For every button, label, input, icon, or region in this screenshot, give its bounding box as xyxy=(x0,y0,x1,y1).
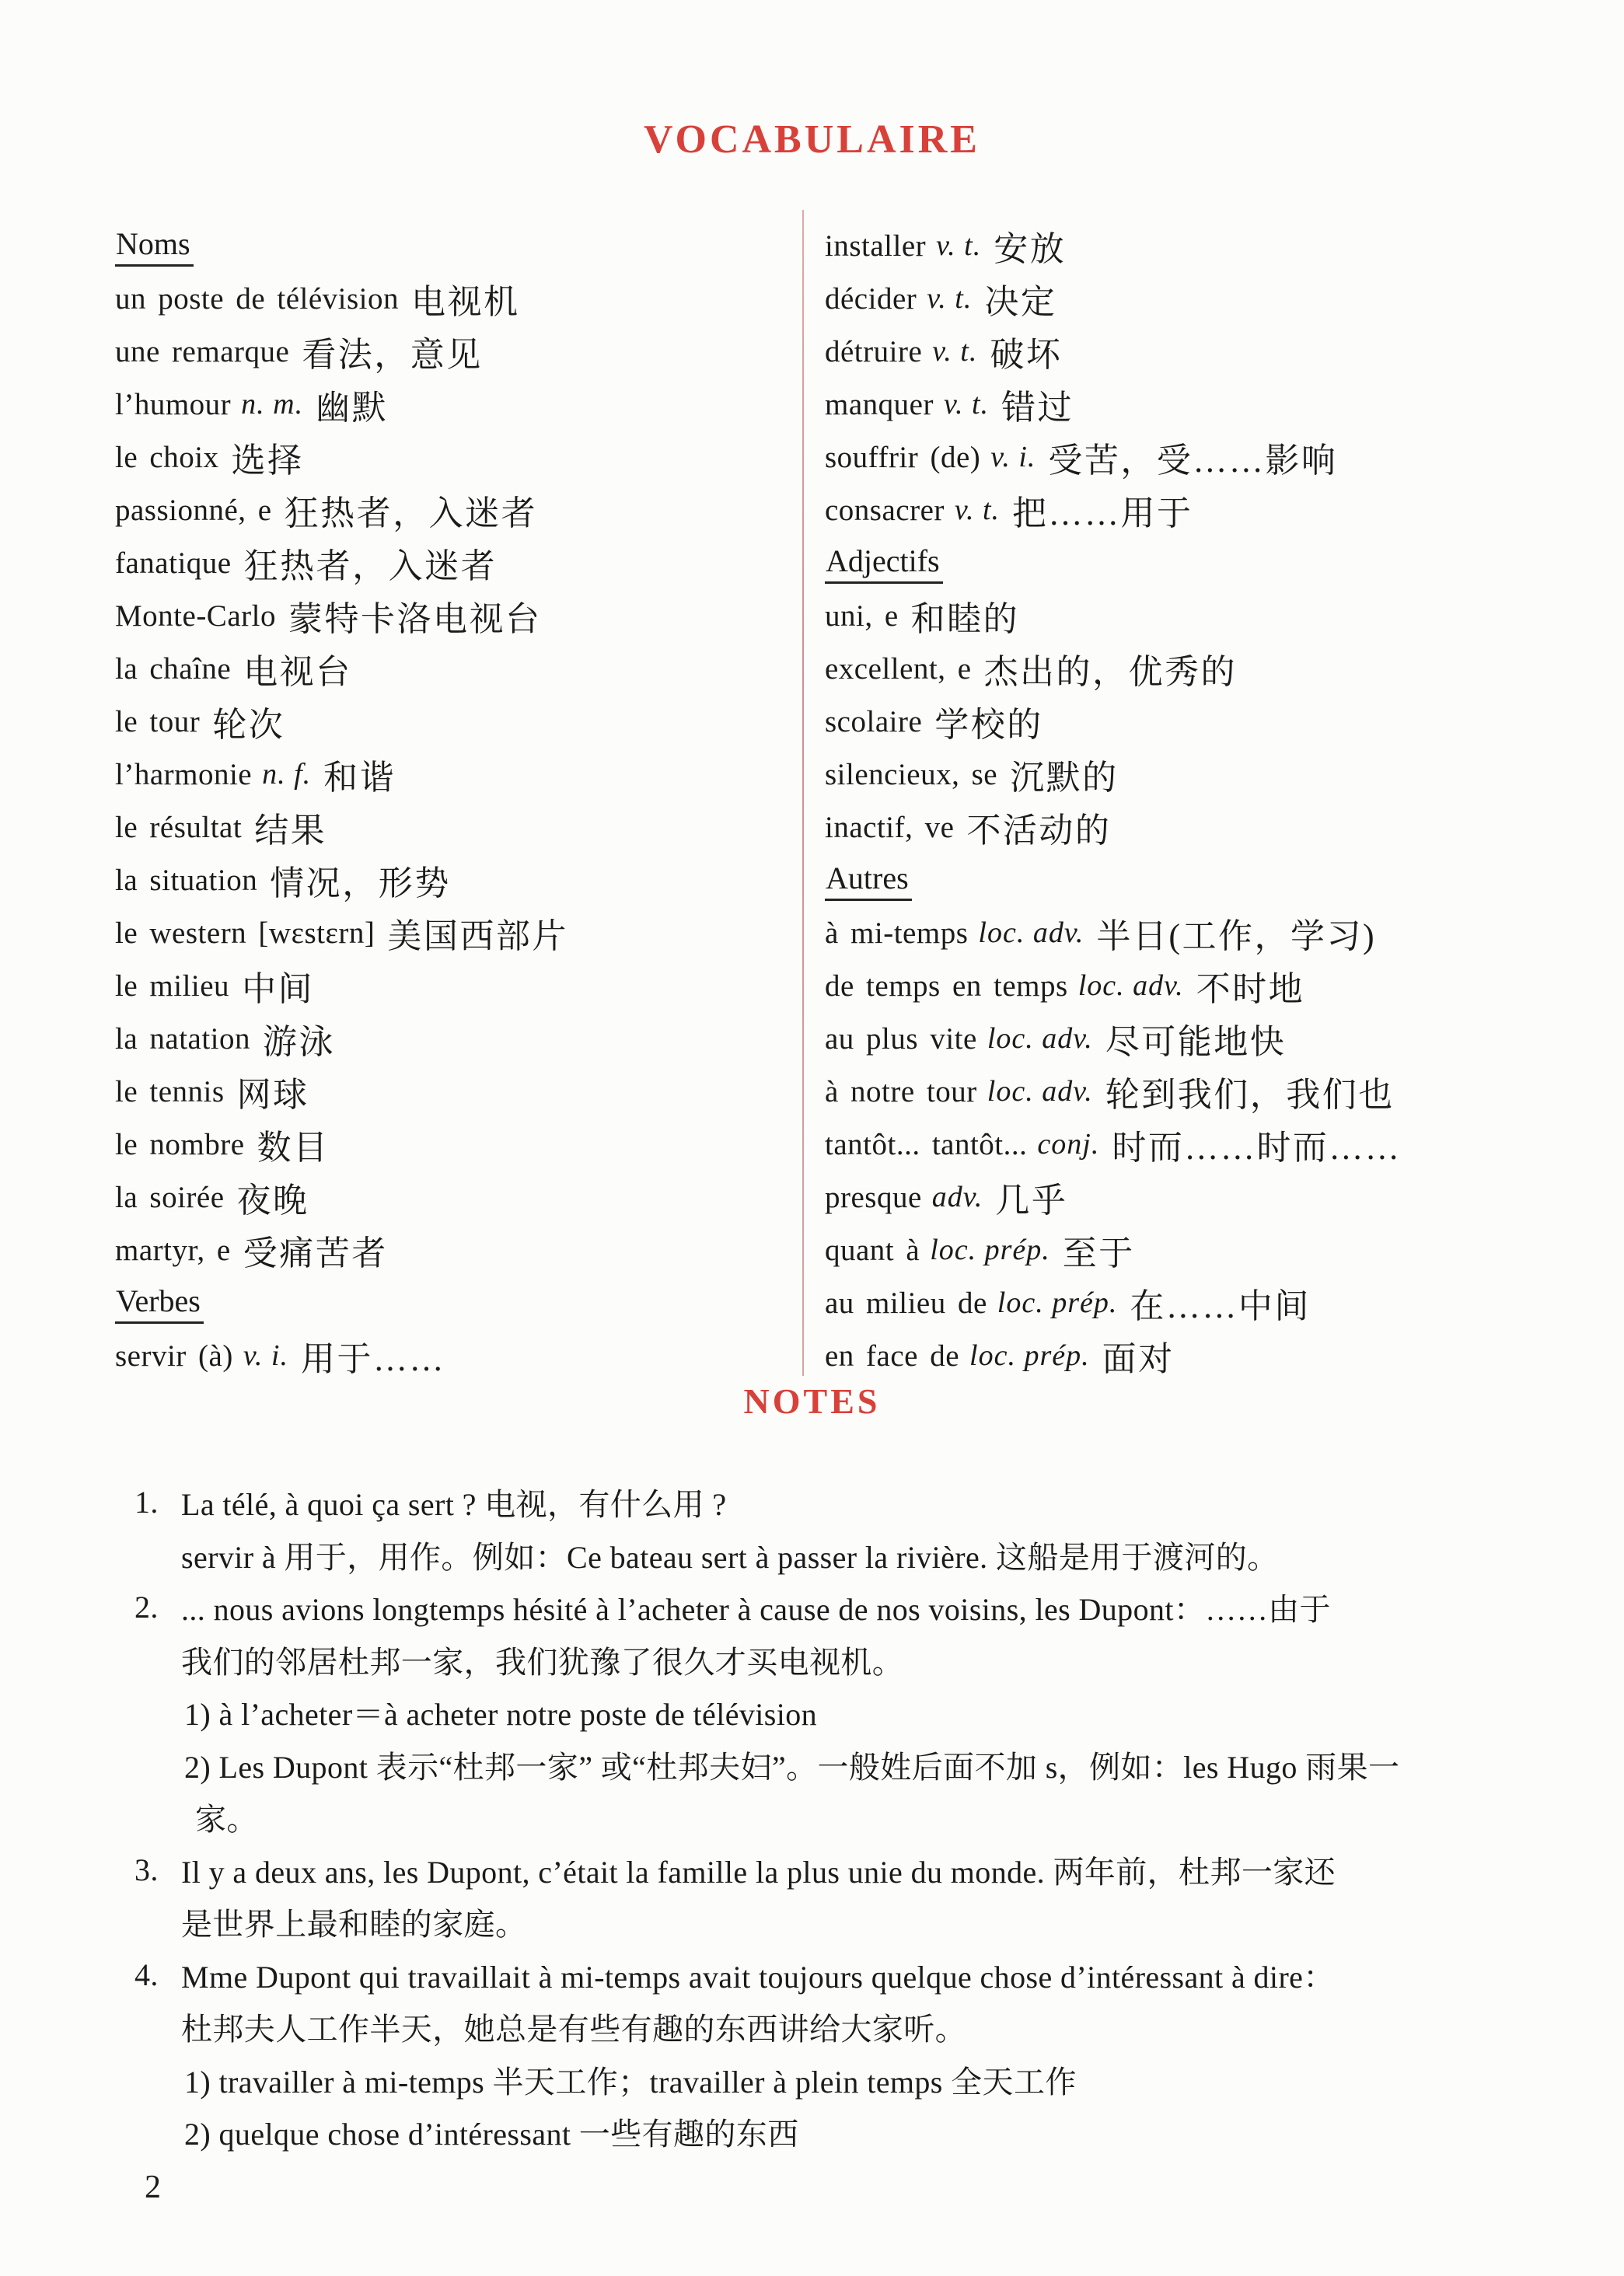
vocab-entry: le western [wɛstɛrn]美国西部片 xyxy=(115,906,568,959)
note-text: servir à 用于，用作。例如：Ce bateau sert à passe… xyxy=(181,1533,1279,1577)
vocab-entry-chinese: 错过 xyxy=(1001,379,1074,429)
vocab-entry: silencieux, se沉默的 xyxy=(825,748,1401,801)
vocab-entry-french: la soirée xyxy=(115,1180,225,1215)
column-divider-rule xyxy=(802,210,804,1376)
vocab-entry: excellent, e杰出的，优秀的 xyxy=(825,642,1401,695)
vocab-entry-chinese: 网球 xyxy=(237,1066,309,1116)
vocab-entry-chinese: 时而……时而…… xyxy=(1112,1119,1401,1169)
vocab-entry: passionné, e狂热者，入迷者 xyxy=(115,483,568,536)
note-text: Mme Dupont qui travaillait à mi-temps av… xyxy=(181,1953,1335,1997)
vocab-entry-chinese: 选择 xyxy=(232,432,304,482)
vocab-entry-chinese: 杰出的，优秀的 xyxy=(984,644,1238,693)
vocab-entry: quant àloc. prép.至于 xyxy=(825,1224,1401,1276)
note-continuation-line: 家。 xyxy=(134,1791,1399,1844)
vocab-entry-pos: v. t. xyxy=(932,334,977,368)
vocab-entry-chinese: 用于…… xyxy=(301,1331,445,1381)
vocab-entry-french: la chaîne xyxy=(115,651,231,686)
note-item: 2.... nous avions longtemps hésité à l’a… xyxy=(134,1581,1399,1634)
vocab-section-head: Adjectifs xyxy=(825,536,1401,589)
vocab-entry-french: le tennis xyxy=(115,1074,225,1109)
vocab-section-head: Verbes xyxy=(115,1276,568,1329)
note-text: 家。 xyxy=(195,1795,258,1839)
vocab-entry: manquerv. t.错过 xyxy=(825,378,1401,431)
note-continuation-line: 是世界上最和睦的家庭。 xyxy=(134,1896,1399,1949)
vocab-entry-chinese: 狂热者，入迷者 xyxy=(244,538,498,588)
vocab-section-head-label: Noms xyxy=(115,225,194,267)
vocab-entry-chinese: 看法，意见 xyxy=(302,326,483,376)
vocab-entry-french: au milieu de xyxy=(825,1286,987,1321)
vocabulary-section-title: VOCABULAIRE xyxy=(0,117,1624,162)
vocab-entry-chinese: 和谐 xyxy=(323,749,396,799)
vocab-entry-pos: loc. prép. xyxy=(997,1286,1118,1320)
vocab-entry-french: l’humour xyxy=(115,387,231,422)
vocab-entry: presqueadv.几乎 xyxy=(825,1171,1401,1224)
vocab-entry-chinese: 面对 xyxy=(1102,1331,1175,1381)
vocab-entry: le milieu中间 xyxy=(115,959,568,1012)
vocab-entry: à notre tourloc. adv.轮到我们，我们也 xyxy=(825,1065,1401,1118)
vocab-entry: martyr, e受痛苦者 xyxy=(115,1224,568,1276)
vocab-entry-french: l’harmonie xyxy=(115,757,252,792)
vocab-entry: en face deloc. prép.面对 xyxy=(825,1329,1401,1382)
vocab-entry-chinese: 数目 xyxy=(257,1119,330,1169)
vocab-section-head-label: Autres xyxy=(825,860,912,901)
vocab-entry-chinese: 轮到我们，我们也 xyxy=(1105,1066,1395,1116)
vocab-entry: le résultat结果 xyxy=(115,801,568,853)
note-text: 我们的邻居杜邦一家，我们犹豫了很久才买电视机。 xyxy=(181,1638,903,1682)
note-text: 1) à l’acheter＝à acheter notre poste de … xyxy=(184,1690,817,1734)
vocab-entry: la situation情况，形势 xyxy=(115,853,568,906)
notes-section-title: NOTES xyxy=(0,1381,1624,1422)
vocab-entry: souffrir (de)v. i.受苦，受……影响 xyxy=(825,431,1401,483)
note-continuation-line: 我们的邻居杜邦一家，我们犹豫了很久才买电视机。 xyxy=(134,1634,1399,1687)
vocab-entry: au milieu deloc. prép.在……中间 xyxy=(825,1276,1401,1329)
vocab-entry: Monte-Carlo蒙特卡洛电视台 xyxy=(115,589,568,642)
vocab-entry: une remarque看法，意见 xyxy=(115,325,568,378)
vocab-entry: détruirev. t.破坏 xyxy=(825,325,1401,378)
vocab-column-right: installerv. t.安放déciderv. t.决定détruirev.… xyxy=(825,219,1401,1382)
vocab-entry-french: la situation xyxy=(115,863,257,898)
vocab-section-head-label: Adjectifs xyxy=(825,543,943,584)
vocab-entry: l’humourn. m.幽默 xyxy=(115,378,568,431)
vocab-entry-french: uni, e xyxy=(825,599,899,634)
vocab-entry: l’harmonien. f.和谐 xyxy=(115,748,568,801)
vocab-entry-chinese: 不活动的 xyxy=(966,802,1111,852)
note-continuation-line: 1) à l’acheter＝à acheter notre poste de … xyxy=(134,1686,1399,1739)
vocab-entry: de temps en tempsloc. adv.不时地 xyxy=(825,959,1401,1012)
vocab-entry-french: à notre tour xyxy=(825,1074,977,1109)
note-text: 2) Les Dupont 表示“杜邦一家” 或“杜邦夫妇”。一般姓后面不加 s… xyxy=(184,1743,1399,1787)
vocab-entry: tantôt... tantôt...conj.时而……时而…… xyxy=(825,1118,1401,1171)
vocab-section-head: Noms xyxy=(115,219,568,272)
vocab-section-head-label: Verbes xyxy=(115,1283,204,1324)
vocab-entry-french: le nombre xyxy=(115,1127,245,1162)
notes-list: 1.La télé, à quoi ça sert ? 电视，有什么用 ?ser… xyxy=(134,1476,1399,2159)
vocab-entry-pos: conj. xyxy=(1037,1127,1099,1161)
vocab-entry-pos: v. i. xyxy=(990,440,1036,474)
vocab-entry: installerv. t.安放 xyxy=(825,219,1401,272)
note-number: 3. xyxy=(134,1852,181,1888)
vocab-entry-pos: loc. adv. xyxy=(1078,969,1184,1003)
vocab-entry: la soirée夜晚 xyxy=(115,1171,568,1224)
note-continuation-line: 2) Les Dupont 表示“杜邦一家” 或“杜邦夫妇”。一般姓后面不加 s… xyxy=(134,1739,1399,1792)
vocab-entry-chinese: 狂热者，入迷者 xyxy=(285,485,538,535)
vocab-entry-french: le milieu xyxy=(115,969,229,1004)
vocab-entry: le choix选择 xyxy=(115,431,568,483)
vocab-entry: inactif, ve不活动的 xyxy=(825,801,1401,853)
vocab-entry-french: excellent, e xyxy=(825,651,972,686)
vocab-entry-chinese: 受苦，受……影响 xyxy=(1048,432,1337,482)
vocab-entry-chinese: 不时地 xyxy=(1196,961,1305,1011)
note-item: 4.Mme Dupont qui travaillait à mi-temps … xyxy=(134,1949,1399,2002)
vocab-entry: déciderv. t.决定 xyxy=(825,272,1401,325)
note-number: 1. xyxy=(134,1484,181,1520)
vocab-entry: le tennis网球 xyxy=(115,1065,568,1118)
vocab-entry-chinese: 沉默的 xyxy=(1010,749,1119,799)
vocab-section-head: Autres xyxy=(825,853,1401,906)
vocab-entry-french: un poste de télévision xyxy=(115,281,399,316)
note-continuation-line: 2) quelque chose d’intéressant 一些有趣的东西 xyxy=(134,2106,1399,2159)
vocab-entry-french: tantôt... tantôt... xyxy=(825,1127,1027,1162)
vocab-entry-chinese: 破坏 xyxy=(990,326,1062,376)
vocab-entry-french: presque xyxy=(825,1180,922,1215)
vocab-entry-chinese: 学校的 xyxy=(934,696,1043,746)
vocab-entry-french: le tour xyxy=(115,704,200,739)
note-number: 4. xyxy=(134,1957,181,1993)
vocab-entry-chinese: 电视机 xyxy=(411,274,520,323)
vocab-entry-chinese: 受痛苦者 xyxy=(243,1225,388,1275)
vocab-entry: uni, e和睦的 xyxy=(825,589,1401,642)
vocab-entry-pos: adv. xyxy=(932,1180,983,1214)
vocab-entry-pos: v. t. xyxy=(927,281,972,316)
vocab-entry-chinese: 结果 xyxy=(254,802,327,852)
vocab-entry-chinese: 决定 xyxy=(984,274,1056,323)
vocab-entry-chinese: 尽可能地快 xyxy=(1105,1014,1287,1063)
vocab-entry-french: détruire xyxy=(825,334,922,369)
note-text: 1) travailler à mi-temps 半天工作；travailler… xyxy=(184,2058,1077,2102)
vocab-entry-french: le western [wɛstɛrn] xyxy=(115,916,375,951)
vocab-entry-french: manquer xyxy=(825,387,934,422)
vocab-entry-chinese: 夜晚 xyxy=(237,1172,309,1222)
vocab-entry-pos: n. m. xyxy=(241,387,303,421)
note-text: 杜邦夫人工作半天，她总是有些有趣的东西讲给大家听。 xyxy=(181,2005,966,2049)
vocab-entry-pos: v. t. xyxy=(955,493,1000,527)
vocab-entry-pos: loc. adv. xyxy=(987,1074,1093,1108)
vocab-entry-chinese: 在……中间 xyxy=(1130,1278,1311,1328)
vocab-entry-french: une remarque xyxy=(115,334,289,369)
vocab-entry-chinese: 安放 xyxy=(994,221,1066,271)
vocab-entry-chinese: 半日(工作，学习) xyxy=(1096,908,1376,958)
vocab-entry-french: inactif, ve xyxy=(825,810,954,845)
note-text: 是世界上最和睦的家庭。 xyxy=(181,1900,526,1944)
vocab-entry: au plus viteloc. adv.尽可能地快 xyxy=(825,1012,1401,1065)
vocab-entry: un poste de télévision电视机 xyxy=(115,272,568,325)
vocab-entry-chinese: 和睦的 xyxy=(911,591,1020,641)
vocab-entry-pos: v. t. xyxy=(944,387,989,421)
vocab-entry-french: silencieux, se xyxy=(825,757,997,792)
note-text: 2) quelque chose d’intéressant 一些有趣的东西 xyxy=(184,2110,799,2154)
vocab-entry-french: souffrir (de) xyxy=(825,440,980,475)
vocab-entry-french: Monte-Carlo xyxy=(115,599,276,634)
vocab-entry-chinese: 至于 xyxy=(1063,1225,1135,1275)
vocab-entry-french: la natation xyxy=(115,1021,250,1056)
vocab-entry-french: quant à xyxy=(825,1233,920,1268)
vocab-entry-pos: n. f. xyxy=(262,757,311,791)
vocab-column-left: Nomsun poste de télévision电视机une remarqu… xyxy=(115,219,568,1382)
vocab-entry-french: fanatique xyxy=(115,546,232,581)
note-item: 1.La télé, à quoi ça sert ? 电视，有什么用 ? xyxy=(134,1476,1399,1529)
vocab-entry-chinese: 中间 xyxy=(242,961,314,1011)
note-number: 2. xyxy=(134,1589,181,1625)
note-text: ... nous avions longtemps hésité à l’ach… xyxy=(181,1585,1331,1629)
vocab-entry-french: décider xyxy=(825,281,917,316)
vocab-entry-chinese: 美国西部片 xyxy=(387,908,568,958)
vocab-entry-french: au plus vite xyxy=(825,1021,977,1056)
note-text: La télé, à quoi ça sert ? 电视，有什么用 ? xyxy=(181,1480,727,1524)
vocab-entry-french: à mi-temps xyxy=(825,916,968,951)
vocab-entry-chinese: 把……用于 xyxy=(1012,485,1193,535)
vocab-entry: à mi-tempsloc. adv.半日(工作，学习) xyxy=(825,906,1401,959)
vocab-entry-pos: loc. adv. xyxy=(978,916,1084,950)
vocab-entry-pos: loc. prép. xyxy=(930,1233,1050,1267)
page-number: 2 xyxy=(145,2169,161,2206)
vocab-entry: la natation游泳 xyxy=(115,1012,568,1065)
vocab-entry-pos: v. i. xyxy=(243,1339,288,1373)
vocab-entry-chinese: 轮次 xyxy=(212,696,285,746)
vocab-entry-chinese: 蒙特卡洛电视台 xyxy=(288,591,542,641)
vocab-entry: scolaire学校的 xyxy=(825,695,1401,748)
vocab-entry-pos: loc. prép. xyxy=(969,1339,1090,1373)
vocab-entry-french: installer xyxy=(825,229,926,264)
note-continuation-line: 1) travailler à mi-temps 半天工作；travailler… xyxy=(134,2054,1399,2107)
vocab-entry-french: le résultat xyxy=(115,810,242,845)
vocab-entry-french: scolaire xyxy=(825,704,922,739)
vocab-entry-pos: loc. adv. xyxy=(987,1021,1093,1056)
vocab-entry-french: en face de xyxy=(825,1339,959,1374)
vocab-entry: consacrerv. t.把……用于 xyxy=(825,483,1401,536)
vocab-entry-chinese: 电视台 xyxy=(243,644,352,693)
vocab-entry-french: servir (à) xyxy=(115,1339,233,1374)
note-continuation-line: servir à 用于，用作。例如：Ce bateau sert à passe… xyxy=(134,1529,1399,1582)
vocab-entry-french: le choix xyxy=(115,440,219,475)
vocab-entry-french: martyr, e xyxy=(115,1233,231,1268)
vocab-entry-french: consacrer xyxy=(825,493,945,528)
vocab-entry-french: de temps en temps xyxy=(825,969,1068,1004)
note-text: Il y a deux ans, les Dupont, c’était la … xyxy=(181,1848,1336,1892)
vocab-entry: servir (à)v. i.用于…… xyxy=(115,1329,568,1382)
vocab-entry-chinese: 情况，形势 xyxy=(270,855,451,905)
vocab-entry-chinese: 几乎 xyxy=(995,1172,1067,1222)
vocab-entry: le tour轮次 xyxy=(115,695,568,748)
note-item: 3.Il y a deux ans, les Dupont, c’était l… xyxy=(134,1844,1399,1897)
vocab-entry-chinese: 游泳 xyxy=(263,1014,335,1063)
vocab-entry-french: passionné, e xyxy=(115,493,272,528)
vocab-entry: fanatique狂热者，入迷者 xyxy=(115,536,568,589)
note-continuation-line: 杜邦夫人工作半天，她总是有些有趣的东西讲给大家听。 xyxy=(134,2001,1399,2054)
vocab-entry: la chaîne电视台 xyxy=(115,642,568,695)
vocab-entry: le nombre数目 xyxy=(115,1118,568,1171)
vocab-entry-pos: v. t. xyxy=(936,229,981,263)
vocab-entry-chinese: 幽默 xyxy=(316,379,388,429)
